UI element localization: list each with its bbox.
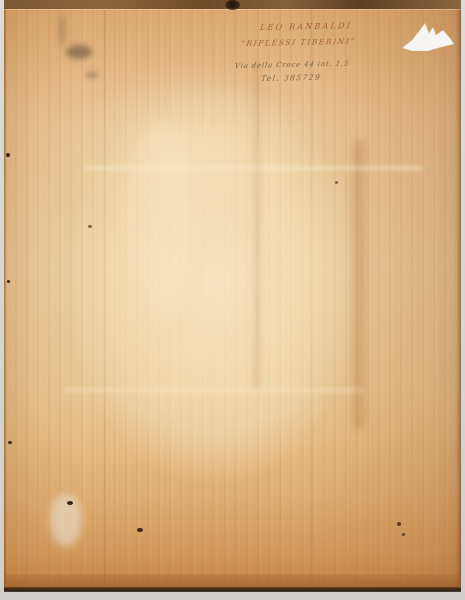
dirt-smudge: [66, 45, 92, 59]
water-line: [84, 166, 424, 170]
speck: [335, 181, 338, 184]
knot-hole: [225, 0, 240, 10]
plank-seam: [104, 9, 106, 586]
panel-left-edge-shade: [4, 0, 7, 592]
speck: [402, 533, 405, 536]
dirt-drip: [60, 14, 65, 46]
speck: [88, 225, 92, 228]
stain-streak: [354, 140, 364, 430]
inscription-artist-name: LEO RANBALDI: [259, 21, 352, 32]
inscription-address: Via della Croce 44 int. 1,5: [235, 60, 350, 70]
pale-stain: [50, 494, 82, 546]
panel-right-edge-shade: [456, 0, 461, 592]
nail-mark: [137, 528, 143, 532]
wood-panel-back: LEO RANBALDI “RIFLESSI TIBERINI” Via del…: [4, 0, 461, 592]
nail-mark: [6, 153, 10, 157]
nail-mark: [7, 280, 10, 283]
nail-mark: [67, 501, 73, 505]
nail-mark: [8, 441, 12, 444]
plank-seam: [310, 9, 312, 586]
panel-bottom-shadow: [4, 587, 461, 592]
torn-paper-chip: [398, 20, 460, 56]
water-stain: [132, 120, 192, 320]
panel-bottom-band: [4, 574, 461, 588]
inscription-title: “RIFLESSI TIBERINI”: [240, 37, 356, 48]
water-line: [64, 388, 364, 392]
photo-of-painting-back: LEO RANBALDI “RIFLESSI TIBERINI” Via del…: [0, 0, 465, 600]
dirt-smudge: [86, 73, 98, 77]
speck: [397, 522, 401, 526]
stain-streak: [254, 60, 260, 390]
inscription-phone: Tel. 385729: [260, 73, 321, 83]
